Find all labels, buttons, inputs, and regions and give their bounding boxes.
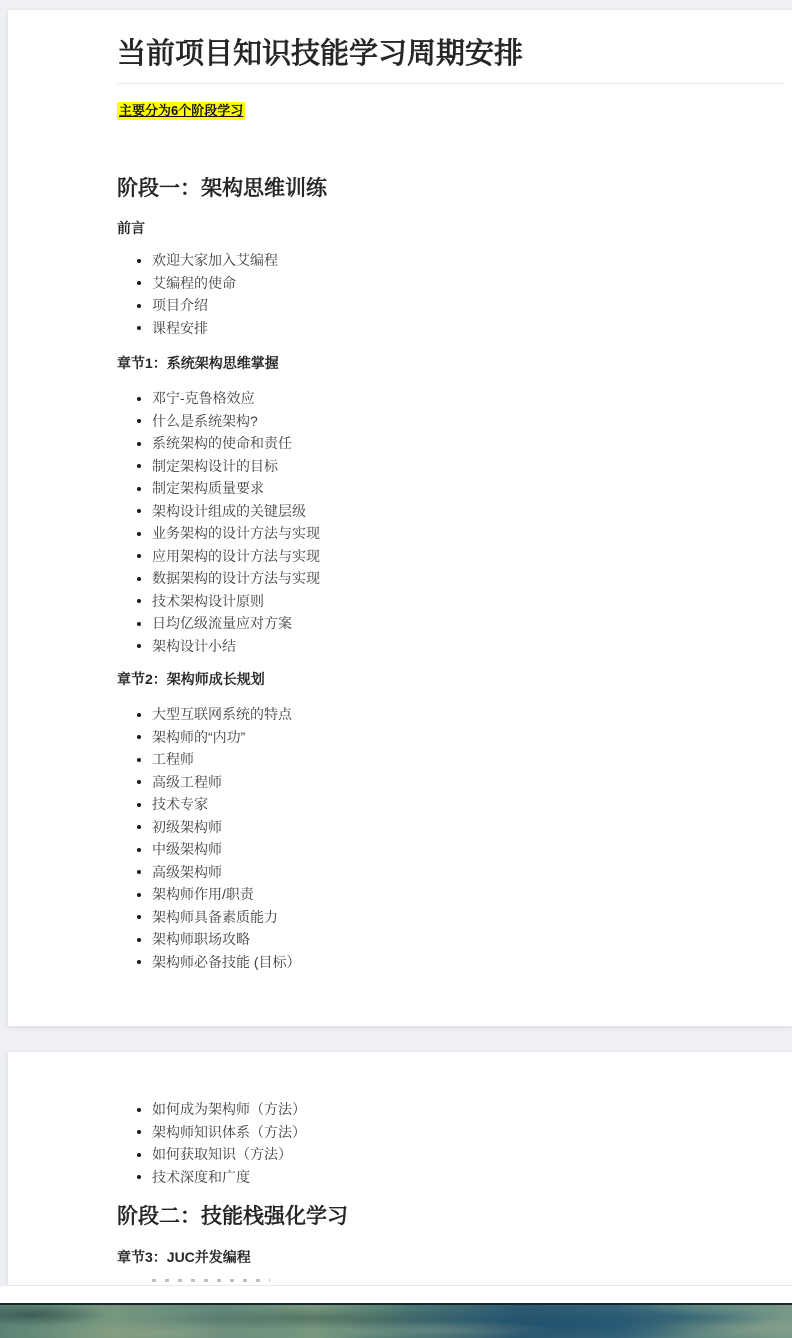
list-item: 系统架构的使命和责任 xyxy=(137,432,784,455)
stage-2-heading: 阶段二：技能栈强化学习 xyxy=(117,1204,784,1230)
list-item: 大型互联网系统的特点 xyxy=(137,703,784,726)
list-item: 欢迎大家加入艾编程 xyxy=(137,249,784,272)
chapter-1-topic-list: 邓宁-克鲁格效应什么是系统架构?系统架构的使命和责任制定架构设计的目标制定架构质… xyxy=(117,387,784,657)
list-item: 架构师知识体系（方法） xyxy=(137,1121,784,1144)
list-item: 制定架构质量要求 xyxy=(137,477,784,500)
document-page-2: 如何成为架构师（方法）架构师知识体系（方法）如何获取知识（方法）技术深度和广度 … xyxy=(8,1052,792,1285)
preface-topic-list: 欢迎大家加入艾编程艾编程的使命项目介绍课程安排 xyxy=(117,249,784,339)
chapter-2-topic-list: 大型互联网系统的特点架构师的“内功”工程师高级工程师技术专家初级架构师中级架构师… xyxy=(117,703,784,973)
list-item: 工程师 xyxy=(137,748,784,771)
list-item: 中级架构师 xyxy=(137,838,784,861)
list-item: 如何获取知识（方法） xyxy=(137,1143,784,1166)
list-item: 邓宁-克鲁格效应 xyxy=(137,387,784,410)
list-item: 技术专家 xyxy=(137,793,784,816)
list-item: 艾编程的使命 xyxy=(137,272,784,295)
chapter-1-heading: 章节1：系统架构思维掌握 xyxy=(117,356,784,371)
preface-heading: 前言 xyxy=(117,221,784,236)
list-item: 架构设计组成的关键层级 xyxy=(137,500,784,523)
chapter-2-heading: 章节2：架构师成长规划 xyxy=(117,672,784,687)
list-item: 架构师的“内功” xyxy=(137,726,784,749)
stage-1-heading: 阶段一：架构思维训练 xyxy=(117,176,784,202)
page-title: 当前项目知识技能学习周期安排 xyxy=(117,10,784,84)
list-item: 高级架构师 xyxy=(137,861,784,884)
window-bottom-strip xyxy=(0,1285,792,1303)
list-item: 项目介绍 xyxy=(137,294,784,317)
chapter-2-continued-list: 如何成为架构师（方法）架构师知识体系（方法）如何获取知识（方法）技术深度和广度 xyxy=(117,1098,784,1188)
list-item: 业务架构的设计方法与实现 xyxy=(137,522,784,545)
document-page-1: 当前项目知识技能学习周期安排 主要分为6个阶段学习 阶段一：架构思维训练 前言 … xyxy=(8,10,792,1026)
highlighted-text: 主要分为6个阶段学习 xyxy=(117,102,245,120)
list-item: 高级工程师 xyxy=(137,771,784,794)
list-item: 什么是系统架构? xyxy=(137,410,784,433)
list-item: 课程安排 xyxy=(137,317,784,340)
list-item: 架构师职场攻略 xyxy=(137,928,784,951)
list-item: 应用架构的设计方法与实现 xyxy=(137,545,784,568)
list-item: 架构师必备技能 (目标） xyxy=(137,951,784,974)
list-item: 架构师具备素质能力 xyxy=(137,906,784,929)
list-item: 技术深度和广度 xyxy=(137,1166,784,1189)
document-preview-window: 当前项目知识技能学习周期安排 主要分为6个阶段学习 阶段一：架构思维训练 前言 … xyxy=(0,0,792,1285)
list-item: 如何成为架构师（方法） xyxy=(137,1098,784,1121)
list-item: 日均亿级流量应对方案 xyxy=(137,612,784,635)
list-item: 技术架构设计原则 xyxy=(137,590,784,613)
desktop-wallpaper-image xyxy=(0,1303,792,1338)
list-item: 数据架构的设计方法与实现 xyxy=(137,567,784,590)
list-item: 架构设计小结 xyxy=(137,635,784,658)
clipped-text-sliver xyxy=(152,1279,270,1282)
list-item: 制定架构设计的目标 xyxy=(137,455,784,478)
list-item: 初级架构师 xyxy=(137,816,784,839)
list-item: 架构师作用/职责 xyxy=(137,883,784,906)
page-break-gap xyxy=(0,1026,792,1052)
highlight-note: 主要分为6个阶段学习 xyxy=(117,101,784,120)
chapter-3-heading: 章节3：JUC并发编程 xyxy=(117,1250,784,1265)
